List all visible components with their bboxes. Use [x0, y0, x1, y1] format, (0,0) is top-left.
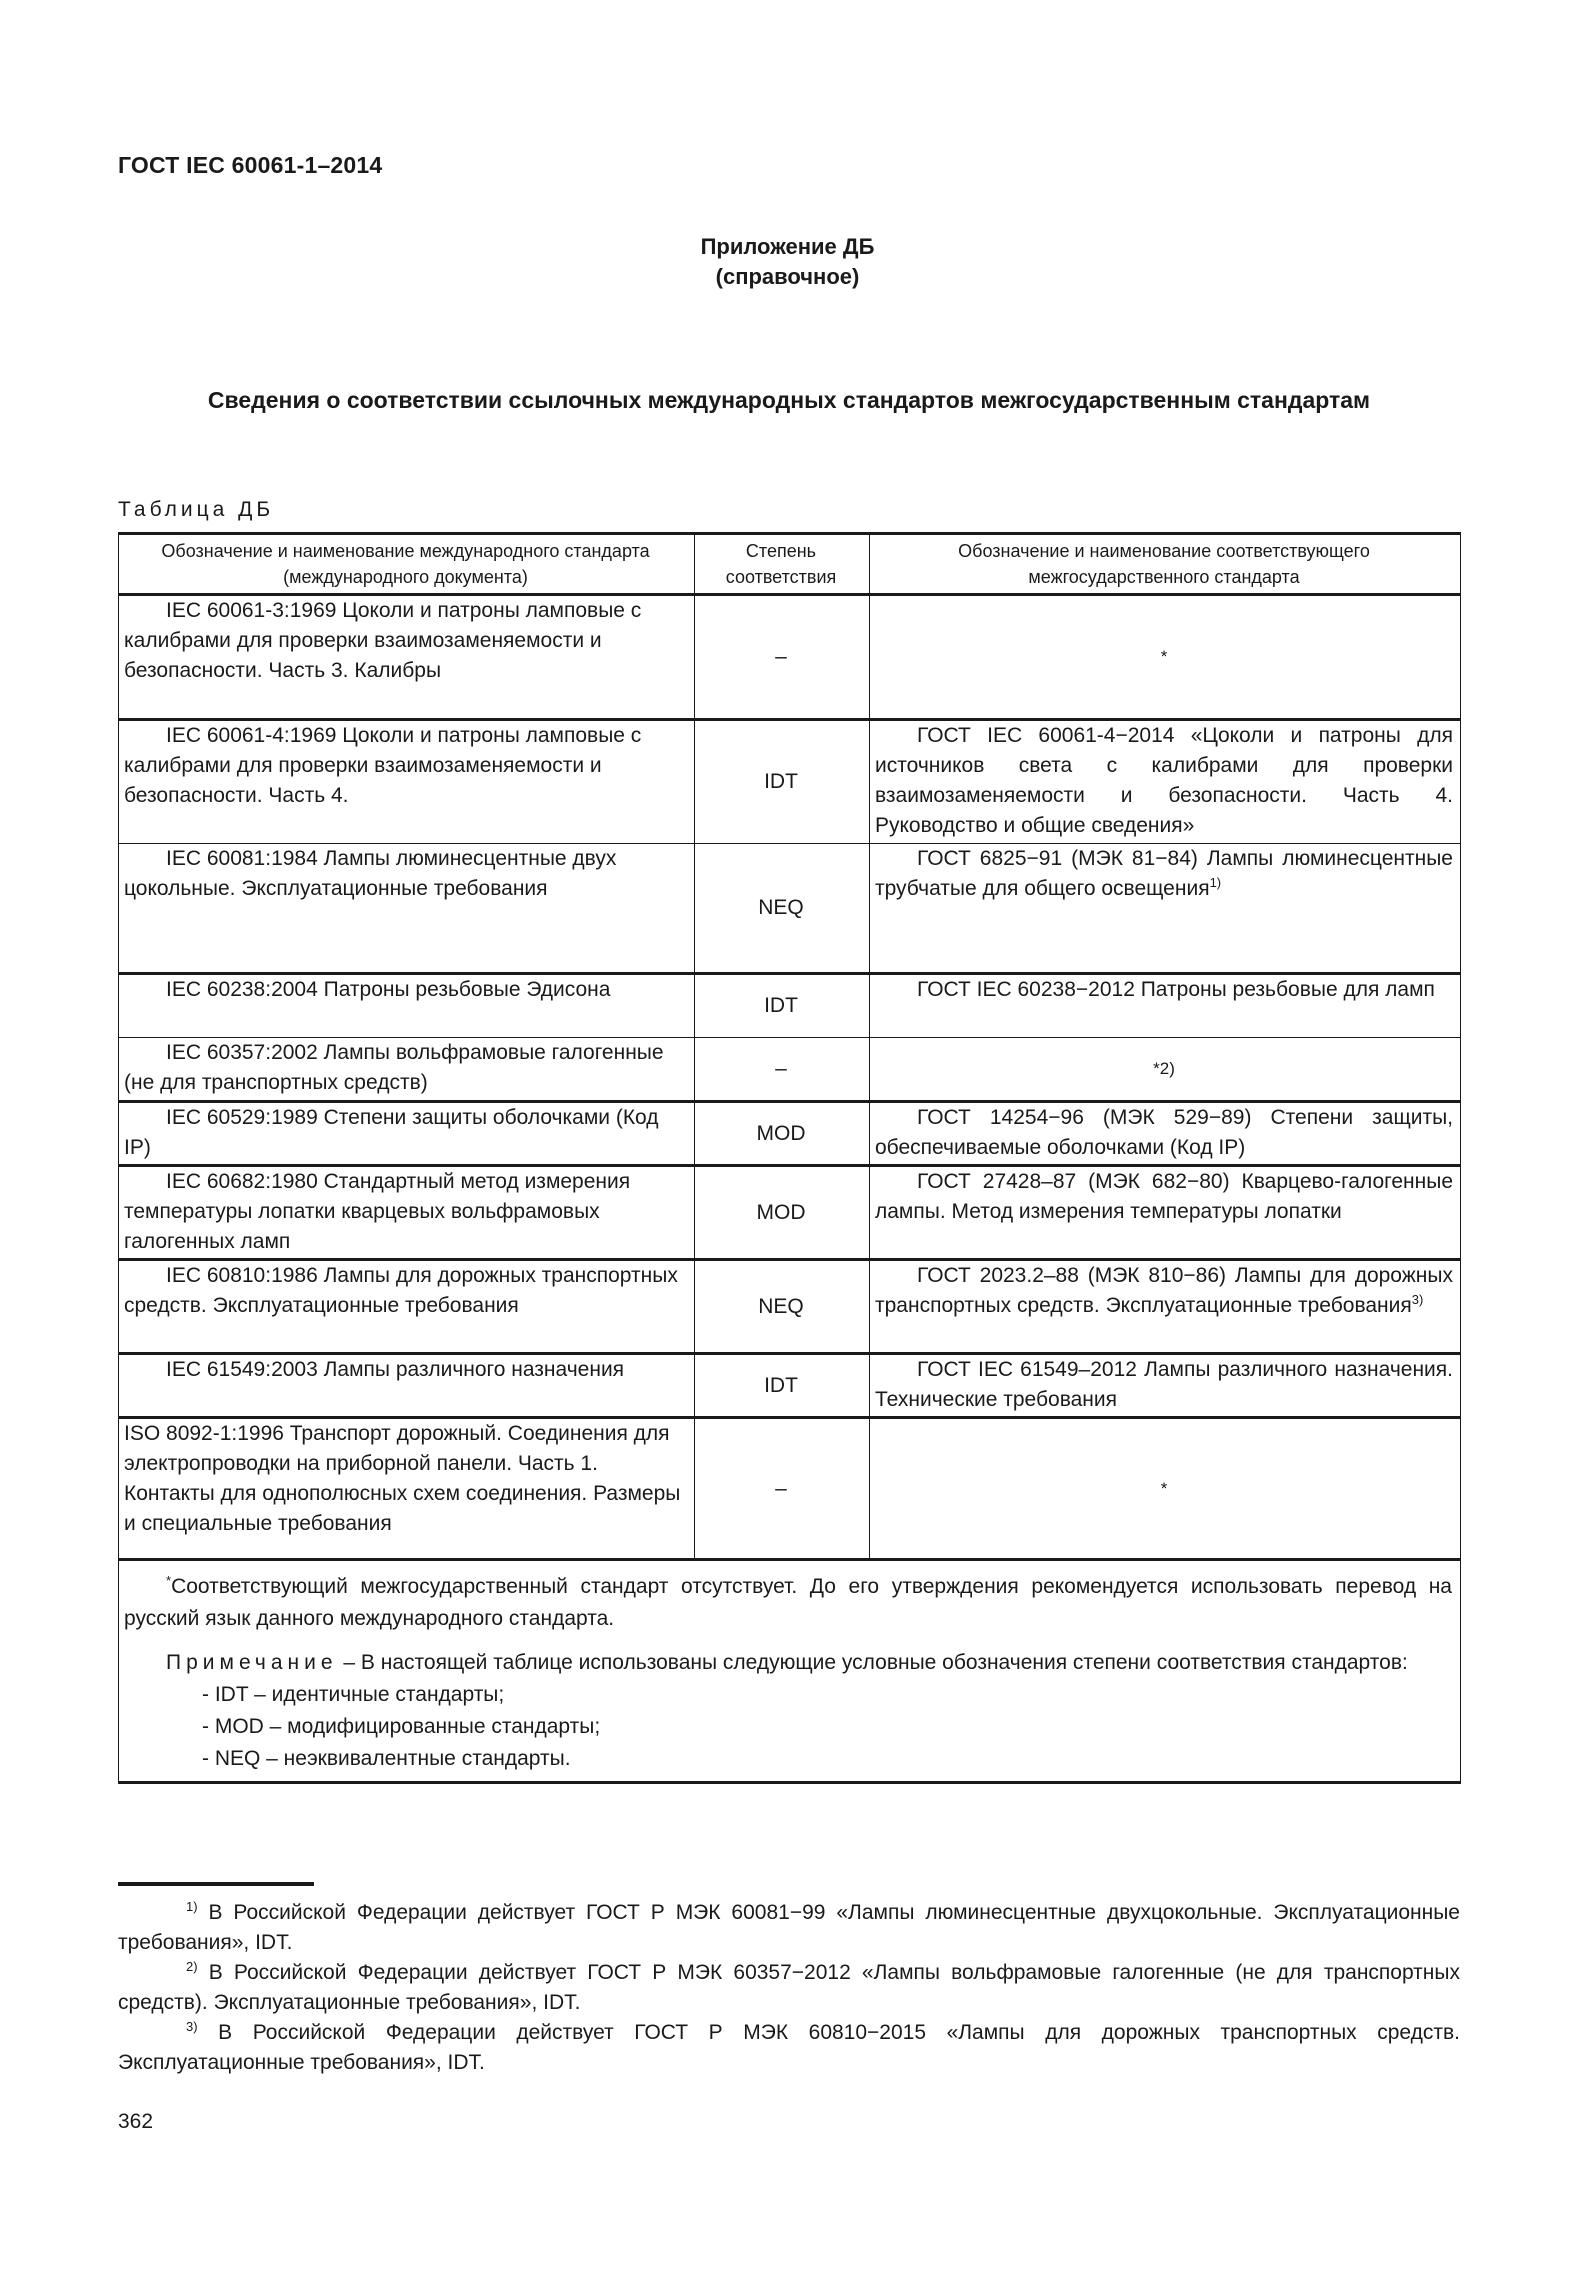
footnote-text: В Российской Федерации действует ГОСТ Р …: [118, 1901, 1460, 1954]
degree-cell: IDT: [695, 720, 870, 844]
section-title: Сведения о соответствии ссылочных междун…: [118, 384, 1460, 417]
footnote-2: 2) В Российской Федерации действует ГОСТ…: [118, 1958, 1460, 2018]
footnote-3: 3) В Российской Федерации действует ГОСТ…: [118, 2018, 1460, 2078]
appendix-heading: Приложение ДБ (справочное): [0, 232, 1575, 292]
interstate-standard-text: ГОСТ 27428–87 (МЭК 682−80) Кварцево-гало…: [875, 1170, 1453, 1223]
intl-standard-text: IEC 60081:1984 Лампы люминесцентные двух…: [124, 847, 616, 900]
intl-standard-cell: IEC 60357:2002 Лампы вольфрамовые галоге…: [119, 1038, 695, 1102]
degree-cell: –: [695, 1418, 870, 1560]
table-row: IEC 60682:1980 Стандартный метод измерен…: [119, 1166, 1461, 1260]
interstate-standard-text: *: [1161, 647, 1168, 666]
footnote-ref[interactable]: 2): [1160, 1059, 1175, 1078]
intl-standard-text: IEC 60529:1989 Степени защиты оболочками…: [124, 1106, 659, 1159]
intl-standard-cell: IEC 60529:1989 Степени защиты оболочками…: [119, 1102, 695, 1166]
intl-standard-cell: IEC 61549:2003 Лампы различного назначен…: [119, 1354, 695, 1418]
table-row: IEC 60061-3:1969 Цоколи и патроны лампов…: [119, 595, 1461, 720]
legend-item-idt: - IDT – идентичные стандарты;: [124, 1679, 1452, 1711]
interstate-standard-text: ГОСТ 2023.2–88 (МЭК 810−86) Лампы для до…: [875, 1264, 1453, 1317]
table-row: IEC 60529:1989 Степени защиты оболочками…: [119, 1102, 1461, 1166]
table-caption: Таблица ДБ: [118, 498, 274, 522]
degree-cell: IDT: [695, 1354, 870, 1418]
intl-standard-cell: IEC 60081:1984 Лампы люминесцентные двух…: [119, 844, 695, 974]
interstate-standard-cell: ГОСТ 2023.2–88 (МЭК 810−86) Лампы для до…: [870, 1260, 1461, 1354]
footnote-text: В Российской Федерации действует ГОСТ Р …: [118, 2021, 1460, 2074]
table-row: IEC 60810:1986 Лампы для дорожных трансп…: [119, 1260, 1461, 1354]
footnote-text: В Российской Федерации действует ГОСТ Р …: [118, 1961, 1460, 2014]
footnote-mark: 2): [186, 1959, 198, 1974]
interstate-standard-cell: *: [870, 595, 1461, 720]
correspondence-table: Обозначение и наименование международног…: [118, 532, 1461, 1784]
table-row: ISO 8092-1:1996 Транспорт дорожный. Соед…: [119, 1418, 1461, 1560]
interstate-standard-cell: ГОСТ IEC 61549–2012 Лампы различного наз…: [870, 1354, 1461, 1418]
footnotes: 1) В Российской Федерации действует ГОСТ…: [118, 1898, 1460, 2078]
interstate-standard-text: *: [1161, 1479, 1168, 1498]
degree-cell: IDT: [695, 974, 870, 1038]
degree-cell: MOD: [695, 1166, 870, 1260]
degree-cell: –: [695, 595, 870, 720]
correspondence-table-container: Обозначение и наименование международног…: [118, 532, 1460, 1784]
interstate-standard-text: ГОСТ IEC 60238−2012 Патроны резьбовые дл…: [917, 978, 1435, 1001]
interstate-standard-cell: *: [870, 1418, 1461, 1560]
table-notes: *Соответствующий межгосударственный стан…: [119, 1560, 1461, 1783]
document-header: ГОСТ IEC 60061-1–2014: [118, 152, 382, 179]
interstate-standard-text: ГОСТ IEC 60061-4−2014 «Цоколи и патроны …: [875, 724, 1453, 837]
degree-cell: NEQ: [695, 844, 870, 974]
table-row: IEC 61549:2003 Лампы различного назначен…: [119, 1354, 1461, 1418]
interstate-standard-cell: ГОСТ 14254−96 (МЭК 529−89) Степени защит…: [870, 1102, 1461, 1166]
footnote-ref[interactable]: 3): [1412, 1292, 1424, 1307]
interstate-standard-text: ГОСТ IEC 61549–2012 Лампы различного наз…: [875, 1358, 1453, 1411]
interstate-standard-text: *: [1153, 1059, 1160, 1078]
interstate-standard-cell: ГОСТ 6825−91 (МЭК 81−84) Лампы люминесце…: [870, 844, 1461, 974]
note-label: Примечание: [166, 1651, 338, 1674]
intl-standard-text: IEC 60061-3:1969 Цоколи и патроны лампов…: [124, 599, 641, 682]
legend-item-mod: - MOD – модифицированные стандарты;: [124, 1711, 1452, 1743]
interstate-standard-cell: ГОСТ IEC 60061-4−2014 «Цоколи и патроны …: [870, 720, 1461, 844]
table-row: IEC 60357:2002 Лампы вольфрамовые галоге…: [119, 1038, 1461, 1102]
legend-item-neq: - NEQ – неэквивалентные стандарты.: [124, 1743, 1452, 1775]
intl-standard-cell: IEC 60238:2004 Патроны резьбовые Эдисона: [119, 974, 695, 1038]
intl-standard-text: IEC 60682:1980 Стандартный метод измерен…: [124, 1170, 630, 1253]
asterisk-note-text: Соответствующий межгосударственный станд…: [124, 1575, 1452, 1630]
footnote-mark: 1): [186, 1899, 198, 1914]
intl-standard-text: IEC 60810:1986 Лампы для дорожных трансп…: [124, 1264, 678, 1317]
table-notes-row: *Соответствующий межгосударственный стан…: [119, 1560, 1461, 1783]
intl-standard-cell: IEC 60810:1986 Лампы для дорожных трансп…: [119, 1260, 695, 1354]
appendix-subtitle: (справочное): [0, 262, 1575, 292]
interstate-standard-cell: ГОСТ 27428–87 (МЭК 682−80) Кварцево-гало…: [870, 1166, 1461, 1260]
column-header-intl: Обозначение и наименование международног…: [119, 534, 695, 595]
degree-cell: MOD: [695, 1102, 870, 1166]
asterisk-note: *Соответствующий межгосударственный стан…: [124, 1571, 1452, 1635]
footnote-mark: 3): [186, 2019, 198, 2034]
intl-standard-text: ISO 8092-1:1996 Транспорт дорожный. Соед…: [124, 1422, 680, 1535]
intl-standard-cell: IEC 60682:1980 Стандартный метод измерен…: [119, 1166, 695, 1260]
table-row: IEC 60081:1984 Лампы люминесцентные двух…: [119, 844, 1461, 974]
column-header-degree: Степень соответствия: [695, 534, 870, 595]
note-paragraph: Примечание – В настоящей таблице использ…: [124, 1647, 1452, 1679]
note-text: – В настоящей таблице использованы следу…: [338, 1651, 1408, 1674]
page-number: 362: [118, 2110, 153, 2134]
footnote-divider: [118, 1882, 314, 1886]
degree-cell: NEQ: [695, 1260, 870, 1354]
table-row: IEC 60061-4:1969 Цоколи и патроны лампов…: [119, 720, 1461, 844]
footnote-1: 1) В Российской Федерации действует ГОСТ…: [118, 1898, 1460, 1958]
interstate-standard-text: ГОСТ 6825−91 (МЭК 81−84) Лампы люминесце…: [875, 847, 1453, 900]
intl-standard-cell: IEC 60061-3:1969 Цоколи и патроны лампов…: [119, 595, 695, 720]
table-header-row: Обозначение и наименование международног…: [119, 534, 1461, 595]
intl-standard-text: IEC 60238:2004 Патроны резьбовые Эдисона: [166, 978, 610, 1001]
intl-standard-text: IEC 61549:2003 Лампы различного назначен…: [166, 1358, 624, 1381]
interstate-standard-cell: *2): [870, 1038, 1461, 1102]
intl-standard-text: IEC 60061-4:1969 Цоколи и патроны лампов…: [124, 724, 641, 807]
intl-standard-cell: ISO 8092-1:1996 Транспорт дорожный. Соед…: [119, 1418, 695, 1560]
footnote-ref[interactable]: 1): [1210, 875, 1222, 890]
table-row: IEC 60238:2004 Патроны резьбовые Эдисона…: [119, 974, 1461, 1038]
column-header-interstate: Обозначение и наименование соответствующ…: [870, 534, 1461, 595]
appendix-title: Приложение ДБ: [0, 232, 1575, 262]
degree-cell: –: [695, 1038, 870, 1102]
intl-standard-text: IEC 60357:2002 Лампы вольфрамовые галоге…: [124, 1041, 664, 1094]
interstate-standard-text: ГОСТ 14254−96 (МЭК 529−89) Степени защит…: [875, 1106, 1453, 1159]
interstate-standard-cell: ГОСТ IEC 60238−2012 Патроны резьбовые дл…: [870, 974, 1461, 1038]
intl-standard-cell: IEC 60061-4:1969 Цоколи и патроны лампов…: [119, 720, 695, 844]
